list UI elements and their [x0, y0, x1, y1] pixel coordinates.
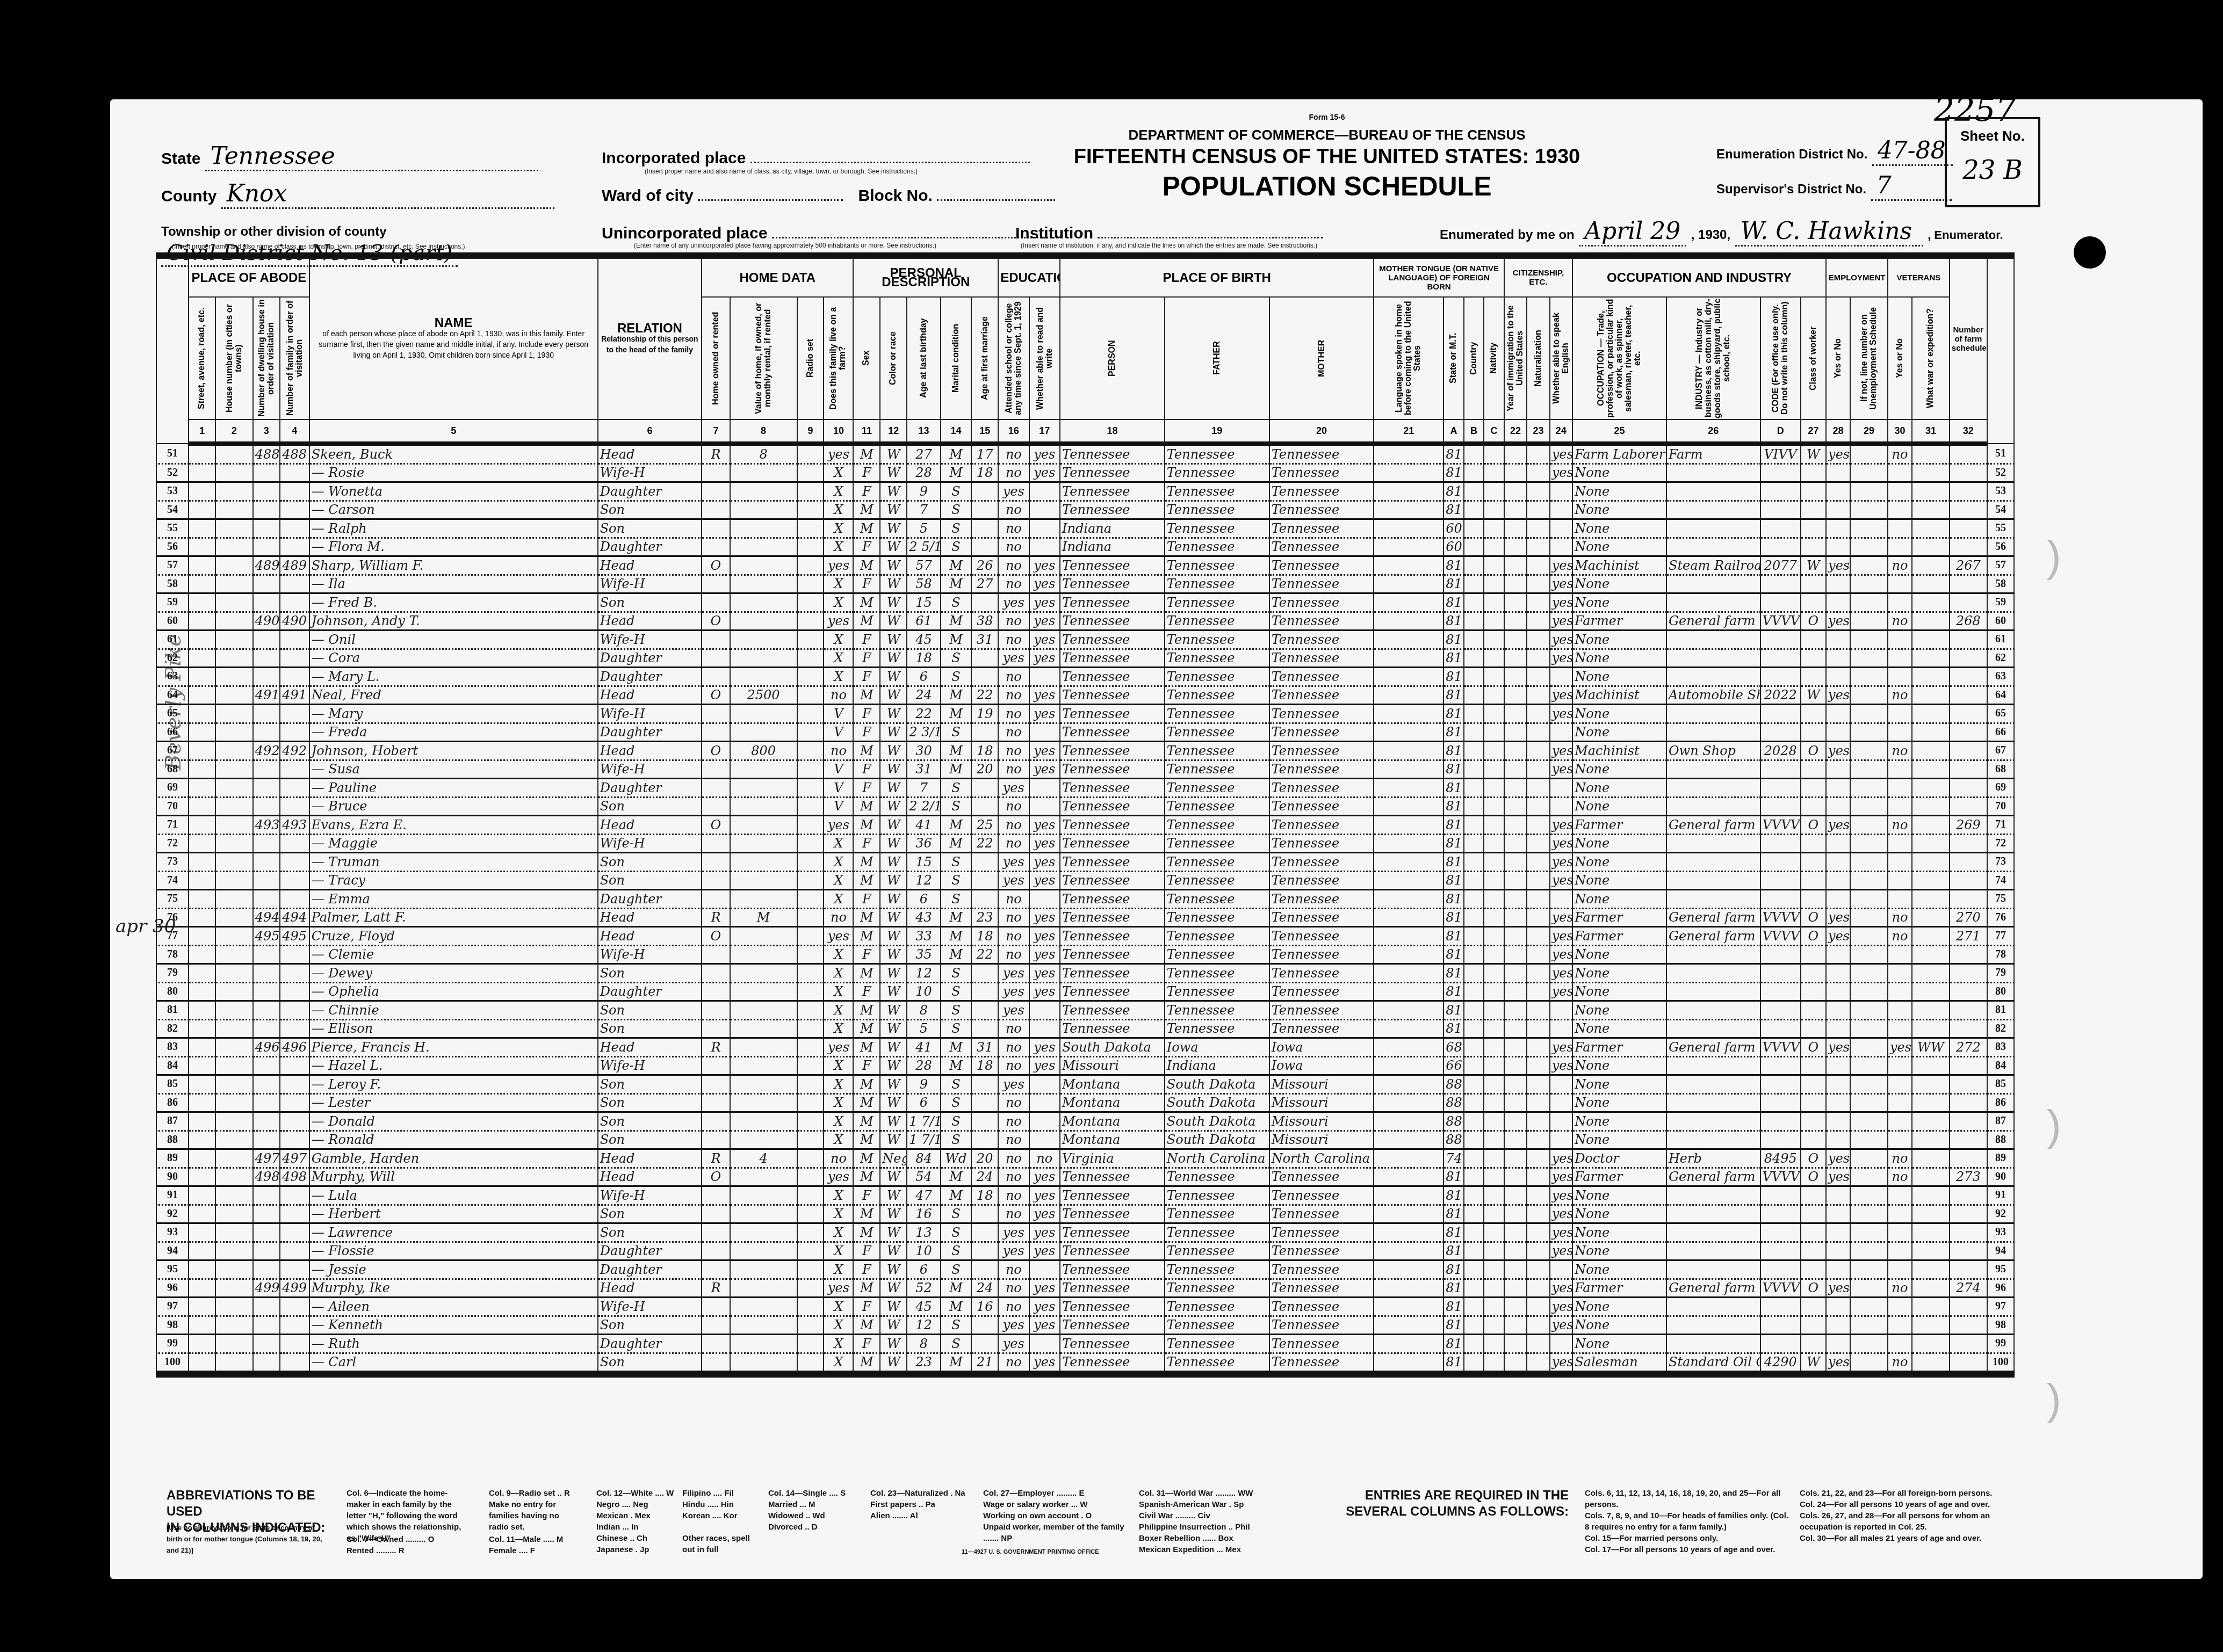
- cell-age: 36: [907, 834, 940, 853]
- cell-industry: General farm: [1666, 908, 1760, 927]
- cell-relation: Head: [598, 1038, 702, 1057]
- cell-school: no: [998, 1056, 1029, 1075]
- cell-lang: [1374, 723, 1443, 742]
- cell-value: [730, 1316, 797, 1335]
- cell-imm: [1504, 482, 1527, 501]
- cell-owned: O: [702, 686, 730, 705]
- table-row: 82— EllisonSonXMW5SnoTennesseeTennesseeT…: [156, 1019, 2014, 1038]
- cell-pob-mother: Tennessee: [1269, 705, 1374, 723]
- cell-family: [280, 463, 309, 482]
- cell-unemp: [1850, 1056, 1888, 1075]
- cell-street: [189, 668, 215, 686]
- cell-family: [280, 797, 309, 816]
- cell-pob: Tennessee: [1060, 908, 1165, 927]
- cell-class: [1801, 519, 1826, 538]
- cell-employed: [1826, 575, 1850, 593]
- cell-sex: M: [853, 1075, 880, 1094]
- cell-c: [1484, 538, 1504, 556]
- table-row: 56— Flora M.DaughterXFW2 5/12SnoIndianaT…: [156, 538, 2014, 556]
- cell-age-marr: [971, 723, 998, 742]
- cell-code-d: [1760, 538, 1801, 556]
- cell-veteran: [1888, 853, 1912, 872]
- cell-school: yes: [998, 871, 1029, 890]
- cell-dwelling: [253, 760, 280, 779]
- group-citizenship: CITIZENSHIP, ETC.: [1504, 258, 1572, 297]
- cell-c: [1484, 779, 1504, 798]
- line-number: 73: [156, 853, 189, 872]
- cell-pob-father: Tennessee: [1165, 556, 1269, 575]
- cell-pob-father: South Dakota: [1165, 1131, 1269, 1149]
- cell-radio: [797, 945, 824, 964]
- table-row: 69— PaulineDaughterVFW7SyesTennesseeTenn…: [156, 779, 2014, 798]
- cell-industry: General farm: [1666, 1279, 1760, 1298]
- col-number: 24: [1550, 419, 1572, 444]
- cell-age: 5: [907, 1019, 940, 1038]
- cell-nat: [1527, 463, 1549, 482]
- cell-war: [1912, 1316, 1950, 1335]
- cell-farm: X: [824, 1056, 853, 1075]
- cell-english: [1550, 538, 1572, 556]
- cell-dwelling: 494: [253, 908, 280, 927]
- cell-veteran: no: [1888, 1149, 1912, 1168]
- col-number: 16: [998, 419, 1029, 444]
- cell-b: [1464, 1205, 1484, 1223]
- cell-marital: M: [941, 1168, 971, 1186]
- cell-veteran: [1888, 1186, 1912, 1205]
- cell-marital: M: [941, 742, 971, 760]
- cell-nat: [1527, 1186, 1549, 1205]
- cell-relation: Head: [598, 556, 702, 575]
- cell-unemp: [1850, 1298, 1888, 1316]
- cell-farm-sched: 274: [1950, 1279, 1987, 1298]
- cell-dwelling: 497: [253, 1149, 280, 1168]
- line-number-right: 71: [1987, 816, 2014, 835]
- table-row: 100— CarlSonXMW23M21noyesTennesseeTennes…: [156, 1353, 2014, 1372]
- cell-c: [1484, 927, 1504, 946]
- cell-code-a: 81: [1443, 816, 1463, 835]
- cell-nat: [1527, 631, 1549, 649]
- cell-class: [1801, 1335, 1826, 1353]
- cell-family: [280, 1131, 309, 1149]
- table-row: 83496496Pierce, Francis H.HeadRyesMW41M3…: [156, 1038, 2014, 1057]
- cell-owned: O: [702, 816, 730, 835]
- cell-unemp: [1850, 964, 1888, 983]
- cell-dwelling: 490: [253, 612, 280, 631]
- cell-owned: [702, 668, 730, 686]
- cell-imm: [1504, 501, 1527, 519]
- cell-dwelling: [253, 1242, 280, 1260]
- line-number-right: 96: [1987, 1279, 2014, 1298]
- cell-nat: [1527, 1260, 1549, 1279]
- cell-industry: Farm: [1666, 444, 1760, 463]
- cell-war: [1912, 1019, 1950, 1038]
- cell-code-a: 81: [1443, 649, 1463, 668]
- cell-value: [730, 501, 797, 519]
- cell-c: [1484, 1168, 1504, 1186]
- cell-pob-father: Tennessee: [1165, 1335, 1269, 1353]
- cell-employed: yes: [1826, 927, 1850, 946]
- cell-house: [215, 779, 253, 798]
- cell-farm-sched: [1950, 871, 1987, 890]
- cell-war: [1912, 964, 1950, 983]
- cell-farm: X: [824, 519, 853, 538]
- cell-age-marr: 22: [971, 686, 998, 705]
- cell-value: [730, 593, 797, 612]
- cell-lang: [1374, 705, 1443, 723]
- cell-employed: [1826, 1316, 1850, 1335]
- line-number-right: 58: [1987, 575, 2014, 593]
- enumeration-district-value: 47-88: [1872, 137, 1953, 166]
- cell-read: [1029, 1112, 1060, 1131]
- cell-b: [1464, 1019, 1484, 1038]
- cell-english: yes: [1550, 945, 1572, 964]
- cell-age: 61: [907, 612, 940, 631]
- cell-house: [215, 1131, 253, 1149]
- line-number: 58: [156, 575, 189, 593]
- cell-imm: [1504, 1112, 1527, 1131]
- cell-occupation: Farmer: [1572, 1279, 1666, 1298]
- cell-unemp: [1850, 982, 1888, 1001]
- cell-unemp: [1850, 612, 1888, 631]
- cell-farm: X: [824, 1131, 853, 1149]
- cell-radio: [797, 779, 824, 798]
- table-row: 95— JessieDaughterXFW6SnoTennesseeTennes…: [156, 1260, 2014, 1279]
- cell-race: W: [880, 1298, 907, 1316]
- cell-street: [189, 1149, 215, 1168]
- cell-name: — Ellison: [309, 1019, 598, 1038]
- cell-house: [215, 723, 253, 742]
- cell-occupation: Farmer: [1572, 1038, 1666, 1057]
- cell-b: [1464, 556, 1484, 575]
- cell-school: no: [998, 1186, 1029, 1205]
- col-21-header: Language spoken in home before coming to…: [1374, 297, 1443, 419]
- cell-sex: M: [853, 908, 880, 927]
- cell-owned: O: [702, 612, 730, 631]
- cell-age-marr: 18: [971, 463, 998, 482]
- table-row: 71493493Evans, Ezra E.HeadOyesMW41M25noy…: [156, 816, 2014, 835]
- cell-owned: [702, 723, 730, 742]
- cell-relation: Head: [598, 816, 702, 835]
- cell-unemp: [1850, 1205, 1888, 1223]
- cell-code-d: [1760, 964, 1801, 983]
- cell-relation: Daughter: [598, 723, 702, 742]
- cell-sex: F: [853, 668, 880, 686]
- cell-street: [189, 1335, 215, 1353]
- cell-school: yes: [998, 1223, 1029, 1242]
- line-number-right: 81: [1987, 1001, 2014, 1020]
- cell-code-a: 81: [1443, 1260, 1463, 1279]
- cell-english: [1550, 1019, 1572, 1038]
- cell-age-marr: [971, 779, 998, 798]
- cell-dwelling: [253, 482, 280, 501]
- cell-school: yes: [998, 964, 1029, 983]
- state-field: State Tennessee: [161, 142, 538, 171]
- cell-marital: S: [941, 1093, 971, 1112]
- cell-name: — Rosie: [309, 463, 598, 482]
- cell-code-a: 81: [1443, 742, 1463, 760]
- cell-owned: [702, 649, 730, 668]
- cell-name: Skeen, Buck: [309, 444, 598, 463]
- cell-lang: [1374, 1205, 1443, 1223]
- line-number: 84: [156, 1056, 189, 1075]
- cell-lang: [1374, 501, 1443, 519]
- cell-street: [189, 556, 215, 575]
- cell-house: [215, 1316, 253, 1335]
- cell-employed: [1826, 871, 1850, 890]
- cell-street: [189, 871, 215, 890]
- cell-house: [215, 668, 253, 686]
- cell-farm-sched: [1950, 631, 1987, 649]
- cell-english: yes: [1550, 556, 1572, 575]
- cell-value: [730, 1186, 797, 1205]
- cell-age: 12: [907, 1316, 940, 1335]
- cell-read: [1029, 723, 1060, 742]
- cell-family: [280, 482, 309, 501]
- cell-school: yes: [998, 1001, 1029, 1020]
- cell-read: [1029, 1019, 1060, 1038]
- cell-radio: [797, 964, 824, 983]
- cell-age-marr: 20: [971, 760, 998, 779]
- cell-name: Palmer, Latt F.: [309, 908, 598, 927]
- cell-sex: M: [853, 816, 880, 835]
- cell-age: 13: [907, 1223, 940, 1242]
- cell-veteran: [1888, 501, 1912, 519]
- line-number-right: 73: [1987, 853, 2014, 872]
- cell-industry: [1666, 723, 1760, 742]
- cell-farm: X: [824, 1019, 853, 1038]
- cell-radio: [797, 1168, 824, 1186]
- cell-marital: Wd: [941, 1149, 971, 1168]
- cell-farm-sched: [1950, 1131, 1987, 1149]
- cell-industry: [1666, 482, 1760, 501]
- cell-marital: M: [941, 705, 971, 723]
- line-number: 78: [156, 945, 189, 964]
- cell-relation: Daughter: [598, 1242, 702, 1260]
- cell-nat: [1527, 890, 1549, 909]
- cell-c: [1484, 1316, 1504, 1335]
- line-number: 56: [156, 538, 189, 556]
- cell-farm-sched: [1950, 705, 1987, 723]
- cell-lang: [1374, 1112, 1443, 1131]
- cell-age: 54: [907, 1168, 940, 1186]
- cell-class: W: [1801, 444, 1826, 463]
- cell-age-marr: [971, 1131, 998, 1149]
- line-number-right: 86: [1987, 1093, 2014, 1112]
- cell-english: [1550, 723, 1572, 742]
- cell-name: Murphy, Will: [309, 1168, 598, 1186]
- group-mother-tongue: MOTHER TONGUE (OR NATIVE LANGUAGE) OF FO…: [1374, 258, 1504, 297]
- cell-class: [1801, 631, 1826, 649]
- cell-war: [1912, 1205, 1950, 1223]
- cell-owned: [702, 853, 730, 872]
- cell-pob-father: Tennessee: [1165, 1186, 1269, 1205]
- cell-occupation: None: [1572, 1001, 1666, 1020]
- cell-b: [1464, 482, 1484, 501]
- cell-relation: Daughter: [598, 890, 702, 909]
- cell-pob-father: Tennessee: [1165, 853, 1269, 872]
- cell-dwelling: [253, 705, 280, 723]
- cell-b: [1464, 668, 1484, 686]
- cell-street: [189, 593, 215, 612]
- cell-pob: Tennessee: [1060, 1279, 1165, 1298]
- cell-farm-sched: [1950, 797, 1987, 816]
- cell-owned: [702, 631, 730, 649]
- cell-farm: X: [824, 538, 853, 556]
- cell-pob-father: Tennessee: [1165, 742, 1269, 760]
- cell-sex: M: [853, 444, 880, 463]
- line-number: 69: [156, 779, 189, 798]
- cell-unemp: [1850, 816, 1888, 835]
- cell-age-marr: 16: [971, 1298, 998, 1316]
- cell-race: W: [880, 1186, 907, 1205]
- cell-c: [1484, 964, 1504, 983]
- cell-house: [215, 538, 253, 556]
- cell-code-a: 81: [1443, 1019, 1463, 1038]
- col-number: 13: [907, 419, 940, 444]
- table-row: 89497497Gamble, HardenHeadR4noMNeg84Wd20…: [156, 1149, 2014, 1168]
- cell-family: 488: [280, 444, 309, 463]
- cell-war: [1912, 1260, 1950, 1279]
- cell-employed: [1826, 723, 1850, 742]
- cell-occupation: None: [1572, 853, 1666, 872]
- cell-veteran: [1888, 964, 1912, 983]
- cell-class: [1801, 945, 1826, 964]
- cell-pob-father: Tennessee: [1165, 1223, 1269, 1242]
- cell-street: [189, 853, 215, 872]
- line-number: 81: [156, 1001, 189, 1020]
- cell-farm: yes: [824, 1168, 853, 1186]
- cell-veteran: [1888, 945, 1912, 964]
- cell-value: [730, 1260, 797, 1279]
- cell-school: no: [998, 556, 1029, 575]
- cell-street: [189, 463, 215, 482]
- cell-employed: yes: [1826, 1149, 1850, 1168]
- cell-occupation: None: [1572, 1186, 1666, 1205]
- cell-age-marr: 22: [971, 945, 998, 964]
- cell-age: 7: [907, 501, 940, 519]
- cell-relation: Head: [598, 444, 702, 463]
- cell-class: [1801, 1112, 1826, 1131]
- cell-english: [1550, 519, 1572, 538]
- cell-family: 490: [280, 612, 309, 631]
- cell-b: [1464, 1112, 1484, 1131]
- table-row: 81— ChinnieSonXMW8SyesTennesseeTennessee…: [156, 1001, 2014, 1020]
- cell-occupation: Machinist: [1572, 742, 1666, 760]
- cell-unemp: [1850, 1186, 1888, 1205]
- enumeration-date: April 29: [1579, 218, 1686, 247]
- cell-unemp: [1850, 593, 1888, 612]
- cell-code-d: [1760, 1223, 1801, 1242]
- cell-name: Sharp, William F.: [309, 556, 598, 575]
- cell-marital: M: [941, 927, 971, 946]
- cell-industry: [1666, 1316, 1760, 1335]
- cell-street: [189, 797, 215, 816]
- cell-street: [189, 1131, 215, 1149]
- cell-c: [1484, 705, 1504, 723]
- line-number-right: 87: [1987, 1112, 2014, 1131]
- cell-family: [280, 1223, 309, 1242]
- cell-class: [1801, 1093, 1826, 1112]
- cell-age: 27: [907, 444, 940, 463]
- cell-farm-sched: [1950, 1298, 1987, 1316]
- cell-unemp: [1850, 927, 1888, 946]
- cell-house: [215, 1093, 253, 1112]
- cell-employed: yes: [1826, 1038, 1850, 1057]
- cell-nat: [1527, 1075, 1549, 1094]
- cell-b: [1464, 705, 1484, 723]
- cell-employed: [1826, 1298, 1850, 1316]
- cell-radio: [797, 797, 824, 816]
- cell-school: yes: [998, 1316, 1029, 1335]
- col-30-header: Yes or No: [1888, 297, 1912, 419]
- cell-marital: S: [941, 1223, 971, 1242]
- cell-farm-sched: [1950, 538, 1987, 556]
- cell-radio: [797, 723, 824, 742]
- cell-sex: M: [853, 1001, 880, 1020]
- cell-relation: Son: [598, 1316, 702, 1335]
- cell-pob-mother: Tennessee: [1269, 908, 1374, 927]
- cell-age: 16: [907, 1205, 940, 1223]
- col-number: 26: [1666, 419, 1760, 444]
- cell-farm: V: [824, 723, 853, 742]
- cell-code-d: [1760, 668, 1801, 686]
- cell-lang: [1374, 1168, 1443, 1186]
- cell-c: [1484, 760, 1504, 779]
- cell-unemp: [1850, 1131, 1888, 1149]
- cell-sex: F: [853, 1260, 880, 1279]
- cell-radio: [797, 908, 824, 927]
- cell-nat: [1527, 1131, 1549, 1149]
- cell-imm: [1504, 1075, 1527, 1094]
- cell-race: W: [880, 1260, 907, 1279]
- cell-c: [1484, 890, 1504, 909]
- cell-owned: O: [702, 556, 730, 575]
- cell-occupation: None: [1572, 1075, 1666, 1094]
- cell-occupation: Salesman: [1572, 1353, 1666, 1372]
- cell-read: yes: [1029, 853, 1060, 872]
- cell-imm: [1504, 1038, 1527, 1057]
- cell-occupation: Doctor: [1572, 1149, 1666, 1168]
- cell-code-a: 81: [1443, 779, 1463, 798]
- table-row: 78— ClemieWife-HXFW35M22noyesTennesseeTe…: [156, 945, 2014, 964]
- cell-owned: [702, 538, 730, 556]
- cell-code-d: VVVV: [1760, 908, 1801, 927]
- line-number: 74: [156, 871, 189, 890]
- cell-house: [215, 1223, 253, 1242]
- cell-street: [189, 723, 215, 742]
- cell-school: no: [998, 1260, 1029, 1279]
- cell-school: no: [998, 927, 1029, 946]
- cell-value: [730, 1131, 797, 1149]
- cell-farm-sched: [1950, 519, 1987, 538]
- cell-value: [730, 1353, 797, 1372]
- cell-farm: X: [824, 834, 853, 853]
- cell-code-a: 81: [1443, 760, 1463, 779]
- cell-war: [1912, 501, 1950, 519]
- col-number: 19: [1165, 419, 1269, 444]
- cell-pob: Tennessee: [1060, 1242, 1165, 1260]
- cell-employed: yes: [1826, 1168, 1850, 1186]
- table-row: 60490490Johnson, Andy T.HeadOyesMW61M38n…: [156, 612, 2014, 631]
- cell-veteran: [1888, 482, 1912, 501]
- cell-marital: S: [941, 1260, 971, 1279]
- cell-pob: Tennessee: [1060, 834, 1165, 853]
- cell-pob: Tennessee: [1060, 742, 1165, 760]
- cell-house: [215, 631, 253, 649]
- cell-code-a: 88: [1443, 1093, 1463, 1112]
- cell-house: [215, 1001, 253, 1020]
- cell-radio: [797, 1316, 824, 1335]
